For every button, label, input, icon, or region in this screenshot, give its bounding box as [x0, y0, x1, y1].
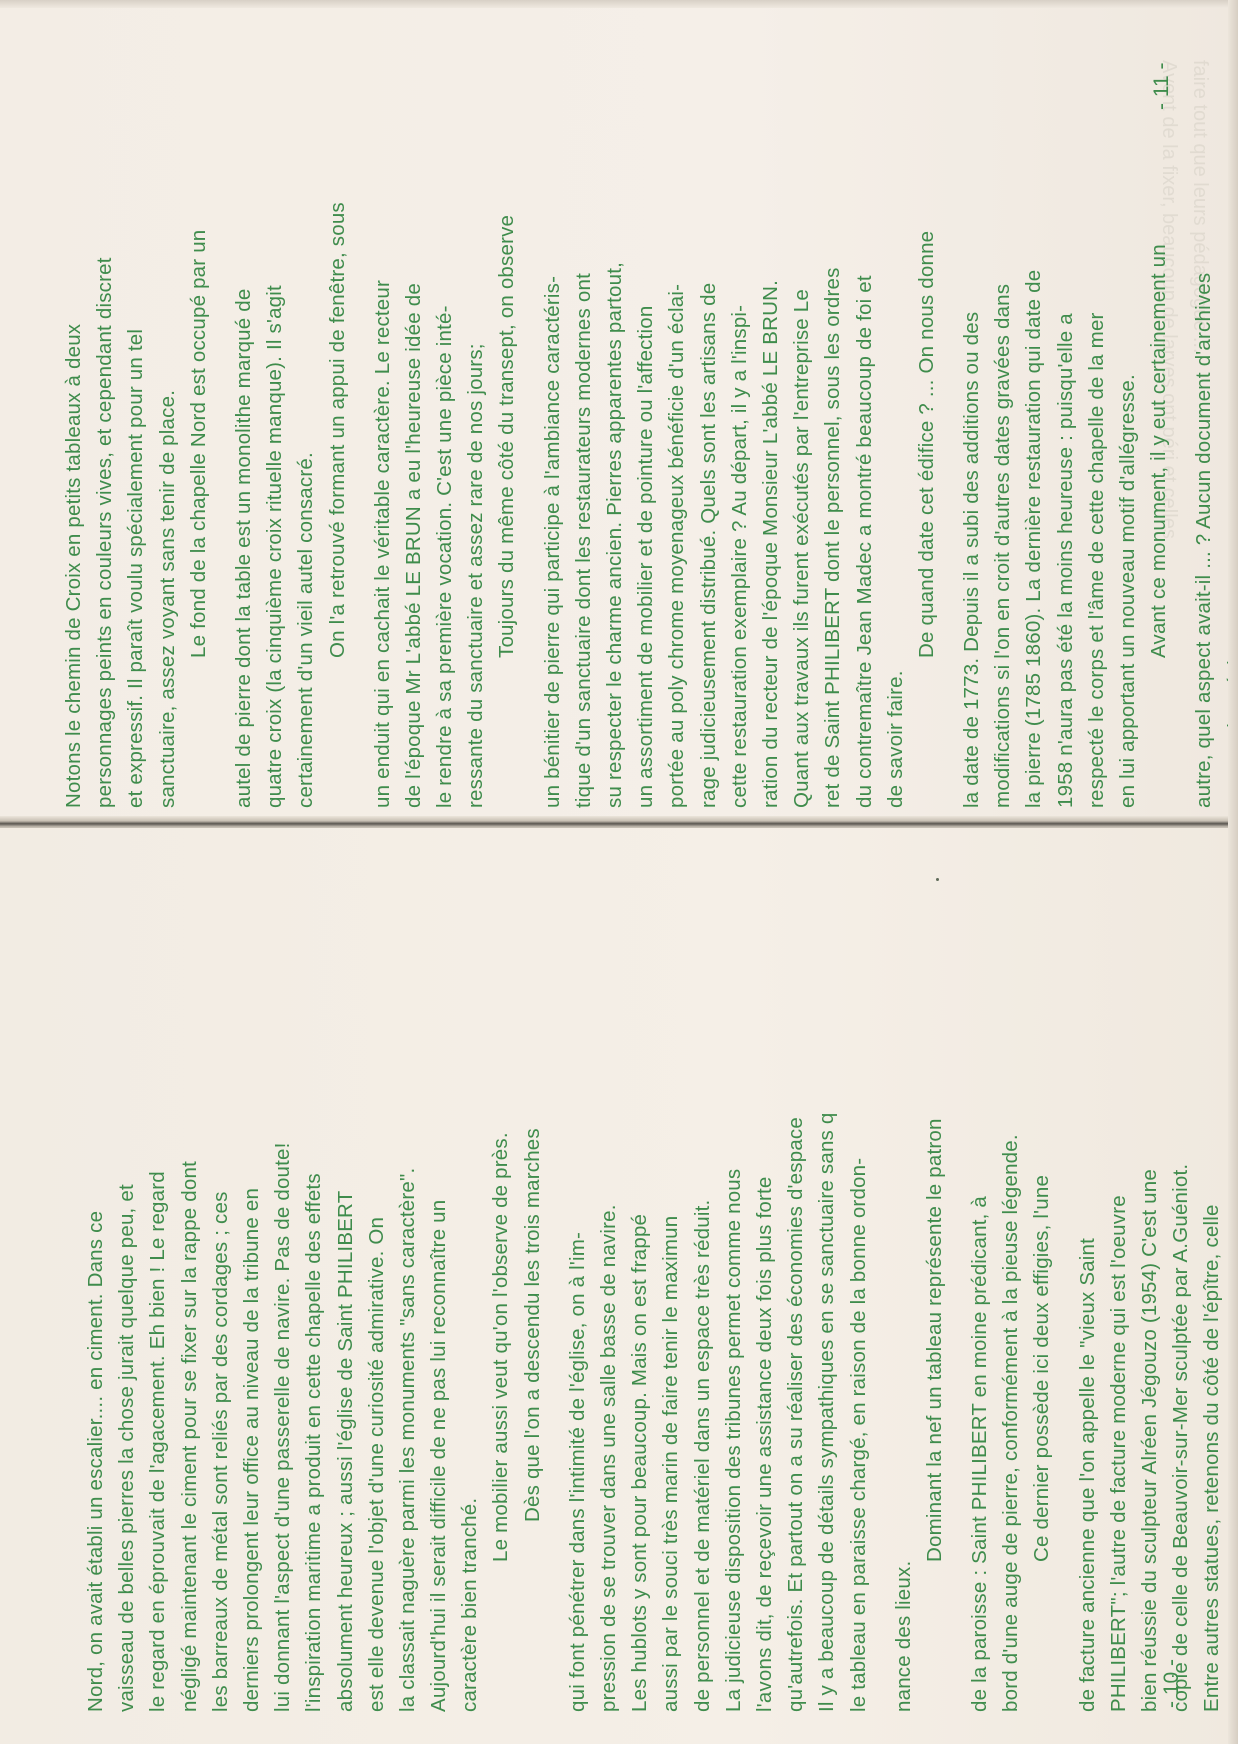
- text-line: Dominant la nef un tableau représente le…: [919, 872, 950, 1712]
- text-line: Le fond de la chapelle Nord est occupé p…: [183, 28, 214, 808]
- text-line: sanctuaire, assez voyant sans tenir de p…: [152, 28, 183, 808]
- text-line: personnages peints en couleurs vives, et…: [89, 28, 120, 808]
- page-10-text: Nord, on avait établi un escalier.... en…: [80, 872, 1238, 1712]
- text-line: su respecter le charme ancien. Pierres a…: [599, 28, 630, 808]
- text-line: 1958 n'aura pas été la moins heureuse : …: [1050, 28, 1081, 808]
- text-line: Avant ce monument, il y eut certainement…: [1143, 28, 1174, 808]
- text-line: qu'autrefois. Et partout on a su réalise…: [780, 872, 811, 1712]
- text-line: absolument heureux ; aussi l'église de S…: [330, 872, 361, 1712]
- text-line: et expressif. Il paraît voulu spécialeme…: [120, 28, 151, 808]
- text-line: l'avons dit, de reçevoir une assistance …: [749, 872, 780, 1712]
- text-line: On l'a retrouvé formant un appui de fenê…: [322, 28, 353, 808]
- text-line: la classait naguère parmi les monuments …: [392, 872, 423, 1712]
- text-line: un bénitier de pierre qui participe à l'…: [537, 28, 568, 808]
- text-line: caractère bien tranché.: [454, 872, 485, 1712]
- text-line: Quant aux travaux ils furent exécutés pa…: [786, 28, 817, 808]
- text-line: Toujours du même côté du transept, on ob…: [491, 28, 522, 808]
- text-line: derniers prolongent leur office au nivea…: [236, 872, 267, 1712]
- text-line: Notons le chemin de Croix en petits tabl…: [58, 28, 89, 808]
- page-10: Nord, on avait établi un escalier.... en…: [0, 828, 1238, 1744]
- text-line: Aujourd'hui il serait difficile de ne pa…: [423, 872, 454, 1712]
- text-line: un enduit qui en cachait le véritable ca…: [367, 28, 398, 808]
- text-line: l'inspiration maritime a produit en cett…: [298, 872, 329, 1712]
- text-line: en lui apportant un nouveau motif d'allé…: [1112, 28, 1143, 808]
- text-line: du contremaître Jean Madec a montré beau…: [849, 28, 880, 808]
- text-line: Ce dernier possède ici deux effigies, l'…: [1026, 872, 1057, 1712]
- text-line: pression de se trouver dans une salle ba…: [593, 872, 624, 1712]
- text-line: le tableau en paraisse chargé, en raison…: [843, 872, 874, 1712]
- text-line: ret de Saint PHILIBERT dont le personnel…: [817, 28, 848, 808]
- booklet-right-edge: [1228, 0, 1238, 1744]
- text-line: lui donnant l'aspect d'une passerelle de…: [267, 872, 298, 1712]
- page-11-text: Notons le chemin de Croix en petits tabl…: [58, 28, 1238, 808]
- text-line: rage judicieusement distribué. Quels son…: [693, 28, 724, 808]
- text-line: vaisseau de belles pierres la chose jura…: [111, 872, 142, 1712]
- text-line: de personnel et de matériel dans un espa…: [687, 872, 718, 1712]
- text-line: négligé maintenant le ciment pour se fix…: [174, 872, 205, 1712]
- page-11: faire tout que leurs pédagogue ... Avent…: [0, 0, 1238, 818]
- text-line: la pierre (1785 1860). La dernière resta…: [1018, 28, 1049, 808]
- text-line: le rendre à sa première vocation. C'est …: [429, 28, 460, 808]
- text-line: Nord, on avait établi un escalier.... en…: [80, 872, 111, 1712]
- text-line: qui font pénétrer dans l'intimité de l'é…: [562, 872, 593, 1712]
- text-line: certainement d'un vieil autel consacré.: [290, 28, 321, 808]
- text-line: Dès que l'on a descendu les trois marche…: [517, 872, 548, 1712]
- page-number-10: - 10 -: [1160, 1659, 1184, 1708]
- text-line: PHILIBERT"; l'autre de facture moderne q…: [1103, 872, 1134, 1712]
- text-line: Le mobilier aussi veut qu'on l'observe d…: [485, 872, 516, 1712]
- page-top-edge: [0, 0, 1238, 8]
- text-line: Entre autres statues, retenons du côté d…: [1196, 872, 1227, 1712]
- text-line: De quand date cet édifice ? ... On nous …: [911, 28, 942, 808]
- text-line: bord d'une auge de pierre, conformément …: [995, 872, 1026, 1712]
- text-line: est elle devenue l'objet d'une curiosité…: [361, 872, 392, 1712]
- text-line: les barreaux de métal sont reliés par de…: [205, 872, 236, 1712]
- text-line: aussi par le souci très marin de faire t…: [655, 872, 686, 1712]
- text-line: de l'époque Mr L'abbé LE BRUN a eu l'heu…: [398, 28, 429, 808]
- text-line: de savoir faire.: [880, 28, 911, 808]
- text-line: ressante du sanctuaire et assez rare de …: [460, 28, 491, 808]
- text-line: tique d'un sanctuaire dont les restaurat…: [568, 28, 599, 808]
- text-line: copie de celle de Beauvoir-sur-Mer sculp…: [1165, 872, 1196, 1712]
- text-line: ration du recteur de l'époque Monsieur L…: [755, 28, 786, 808]
- text-line: autre, quel aspect avait-il ... ? Aucun …: [1188, 28, 1219, 808]
- text-line: La judicieuse disposition des tribunes p…: [718, 872, 749, 1712]
- text-line: de la paroisse : Saint PHILIBERT en moin…: [964, 872, 995, 1712]
- page-number-11: - 11 -: [1150, 63, 1174, 110]
- text-line: cette restauration exemplaire ? Au dépar…: [724, 28, 755, 808]
- text-line: quatre croix (la cinquième croix rituell…: [259, 28, 290, 808]
- text-line: de facture ancienne que l'on appelle le …: [1072, 872, 1103, 1712]
- text-line: Il y a beaucoup de détails sympathiques …: [811, 872, 842, 1712]
- text-line: Les hublots y sont pour beaucoup. Mais o…: [624, 872, 655, 1712]
- text-line: la date de 1773. Depuis il a subi des ad…: [956, 28, 987, 808]
- text-line: bien réussie du sculpteur Alréen Jégouzo…: [1134, 872, 1165, 1712]
- text-line: nance des lieux.: [888, 872, 919, 1712]
- text-line: respecté le corps et l'âme de cette chap…: [1081, 28, 1112, 808]
- text-line: portée au poly chrome moyenageux bénéfic…: [661, 28, 692, 808]
- text-line: modifications si l'on en croit d'autres …: [987, 28, 1018, 808]
- text-line: autel de pierre dont la table est un mon…: [228, 28, 259, 808]
- text-line: le regard en éprouvait de l'agacement. E…: [142, 872, 173, 1712]
- text-line: un assortiment de mobilier et de pointur…: [630, 28, 661, 808]
